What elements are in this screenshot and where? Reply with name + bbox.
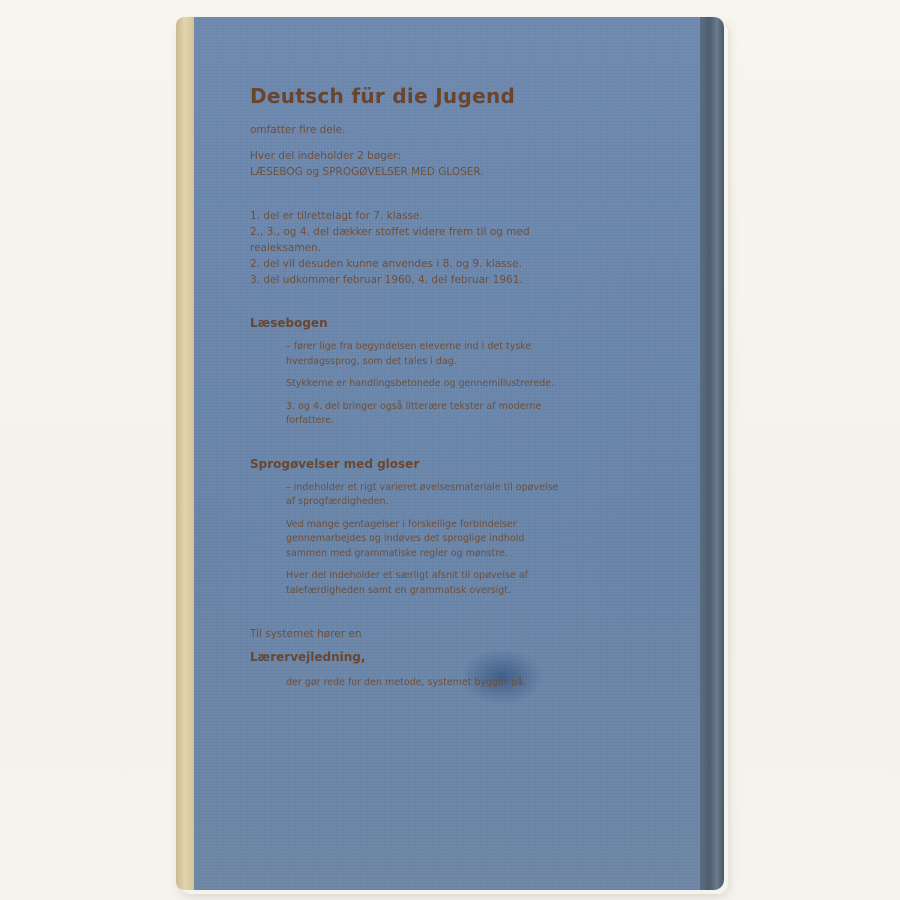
- part-line: 1. del er tilrettelagt for 7. klasse.: [250, 208, 560, 224]
- photo-background: Deutsch für die Jugend omfatter fire del…: [0, 0, 900, 900]
- cover-hinge-edge: [700, 17, 724, 890]
- part-line: 3. del udkommer februar 1960, 4. del feb…: [250, 272, 560, 288]
- cover-text: Deutsch für die Jugend omfatter fire del…: [250, 84, 560, 699]
- laesebogen-body: – fører lige fra begyndelsen eleverne in…: [286, 340, 560, 429]
- sprogovelser-body: – indeholder et rigt varieret øvelsesmat…: [286, 481, 560, 599]
- books-line-2: LÆSEBOG og SPROGØVELSER MED GLOSER.: [250, 164, 560, 180]
- book-title: Deutsch für die Jugend: [250, 84, 560, 108]
- part-line: 2., 3., og 4. del dækker stoffet videre …: [250, 224, 560, 256]
- sprogovelser-paragraph: – indeholder et rigt varieret øvelsesmat…: [286, 481, 560, 510]
- system-body: der gør rede for den metode, systemet by…: [286, 676, 560, 691]
- laesebogen-heading: Læsebogen: [250, 316, 560, 330]
- part-line: 2. del vil desuden kunne anvendes i 8. o…: [250, 256, 560, 272]
- laesebogen-paragraph: – fører lige fra begyndelsen eleverne in…: [286, 340, 560, 369]
- sprogovelser-paragraph: Ved mange gentagelser i forskellige forb…: [286, 518, 560, 562]
- books-line-1: Hver del indeholder 2 bøger:: [250, 148, 560, 164]
- laerervejledning-heading: Lærervejledning,: [250, 650, 560, 664]
- intro-text: omfatter fire dele.: [250, 122, 560, 138]
- laesebogen-paragraph: Stykkerne er handlingsbetonede og gennem…: [286, 377, 560, 392]
- sprogovelser-heading: Sprogøvelser med gloser: [250, 457, 560, 471]
- parts-list: 1. del er tilrettelagt for 7. klasse. 2.…: [250, 208, 560, 288]
- sprogovelser-paragraph: Hver del indeholder et særligt afsnit ti…: [286, 569, 560, 598]
- system-intro: Til systemet hører en: [250, 626, 560, 642]
- laesebogen-paragraph: 3. og 4. del bringer også litterære teks…: [286, 400, 560, 429]
- system-text: der gør rede for den metode, systemet by…: [286, 676, 560, 691]
